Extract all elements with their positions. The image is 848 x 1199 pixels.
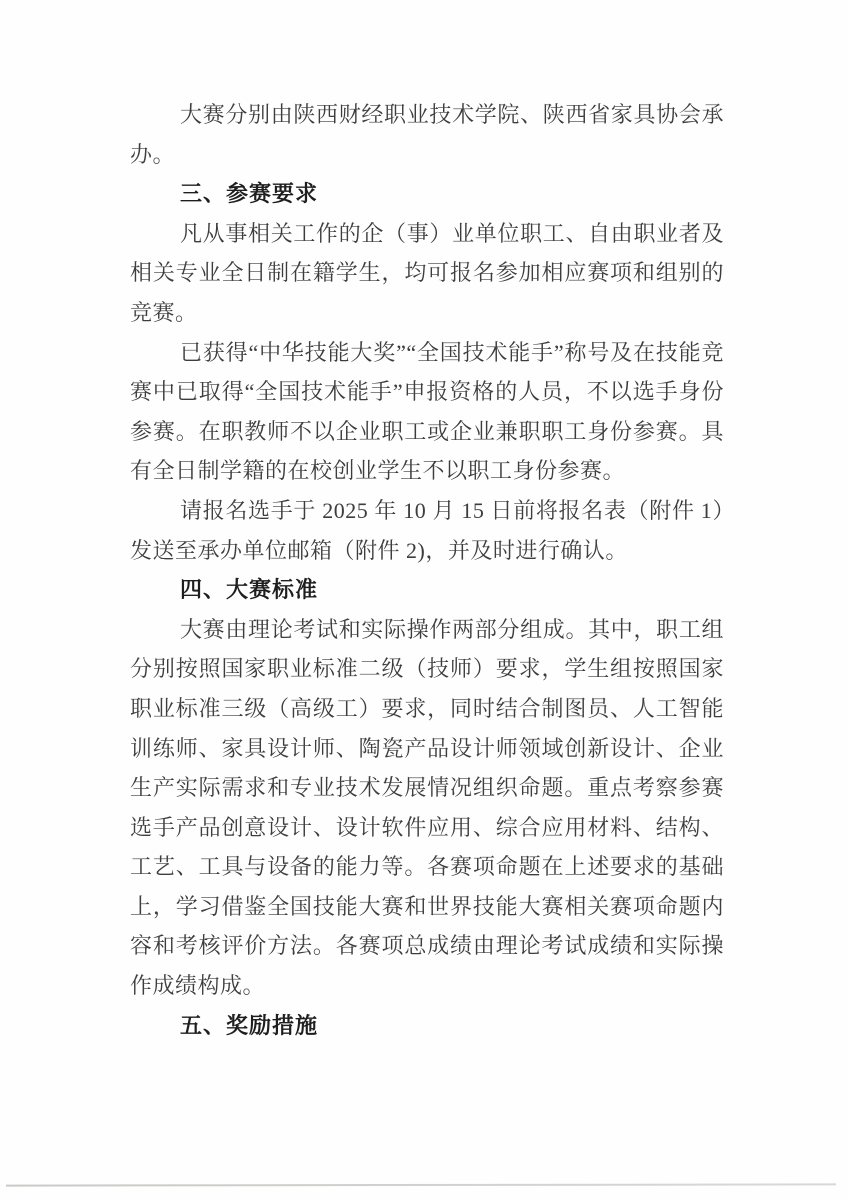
document-page: 大赛分别由陕西财经职业技术学院、陕西省家具协会承办。 三、参赛要求 凡从事相关工… (0, 0, 848, 1199)
paragraph-participation-restrictions: 已获得“中华技能大奖”“全国技术能手”称号及在技能竞赛中已取得“全国技术能手”申… (130, 333, 724, 491)
paragraph-standards-details: 大赛由理论考试和实际操作两部分组成。其中，职工组分别按照国家职业标准二级（技师）… (130, 610, 724, 1006)
scan-artifact-line (6, 1183, 836, 1186)
paragraph-eligibility: 凡从事相关工作的企（事）业单位职工、自由职业者及相关专业全日制在籍学生，均可报名… (130, 214, 724, 333)
heading-award-measures: 五、奖励措施 (130, 1006, 724, 1046)
heading-competition-standards: 四、大赛标准 (130, 570, 724, 610)
scanned-document-page: { "page": { "background": "#fefefe", "ar… (0, 0, 848, 1199)
heading-participation-requirements: 三、参赛要求 (130, 174, 724, 214)
document-body: 大赛分别由陕西财经职业技术学院、陕西省家具协会承办。 三、参赛要求 凡从事相关工… (130, 95, 724, 1045)
paragraph-organizers: 大赛分别由陕西财经职业技术学院、陕西省家具协会承办。 (130, 95, 724, 174)
paragraph-registration-deadline: 请报名选手于 2025 年 10 月 15 日前将报名表（附件 1）发送至承办单… (130, 491, 724, 570)
